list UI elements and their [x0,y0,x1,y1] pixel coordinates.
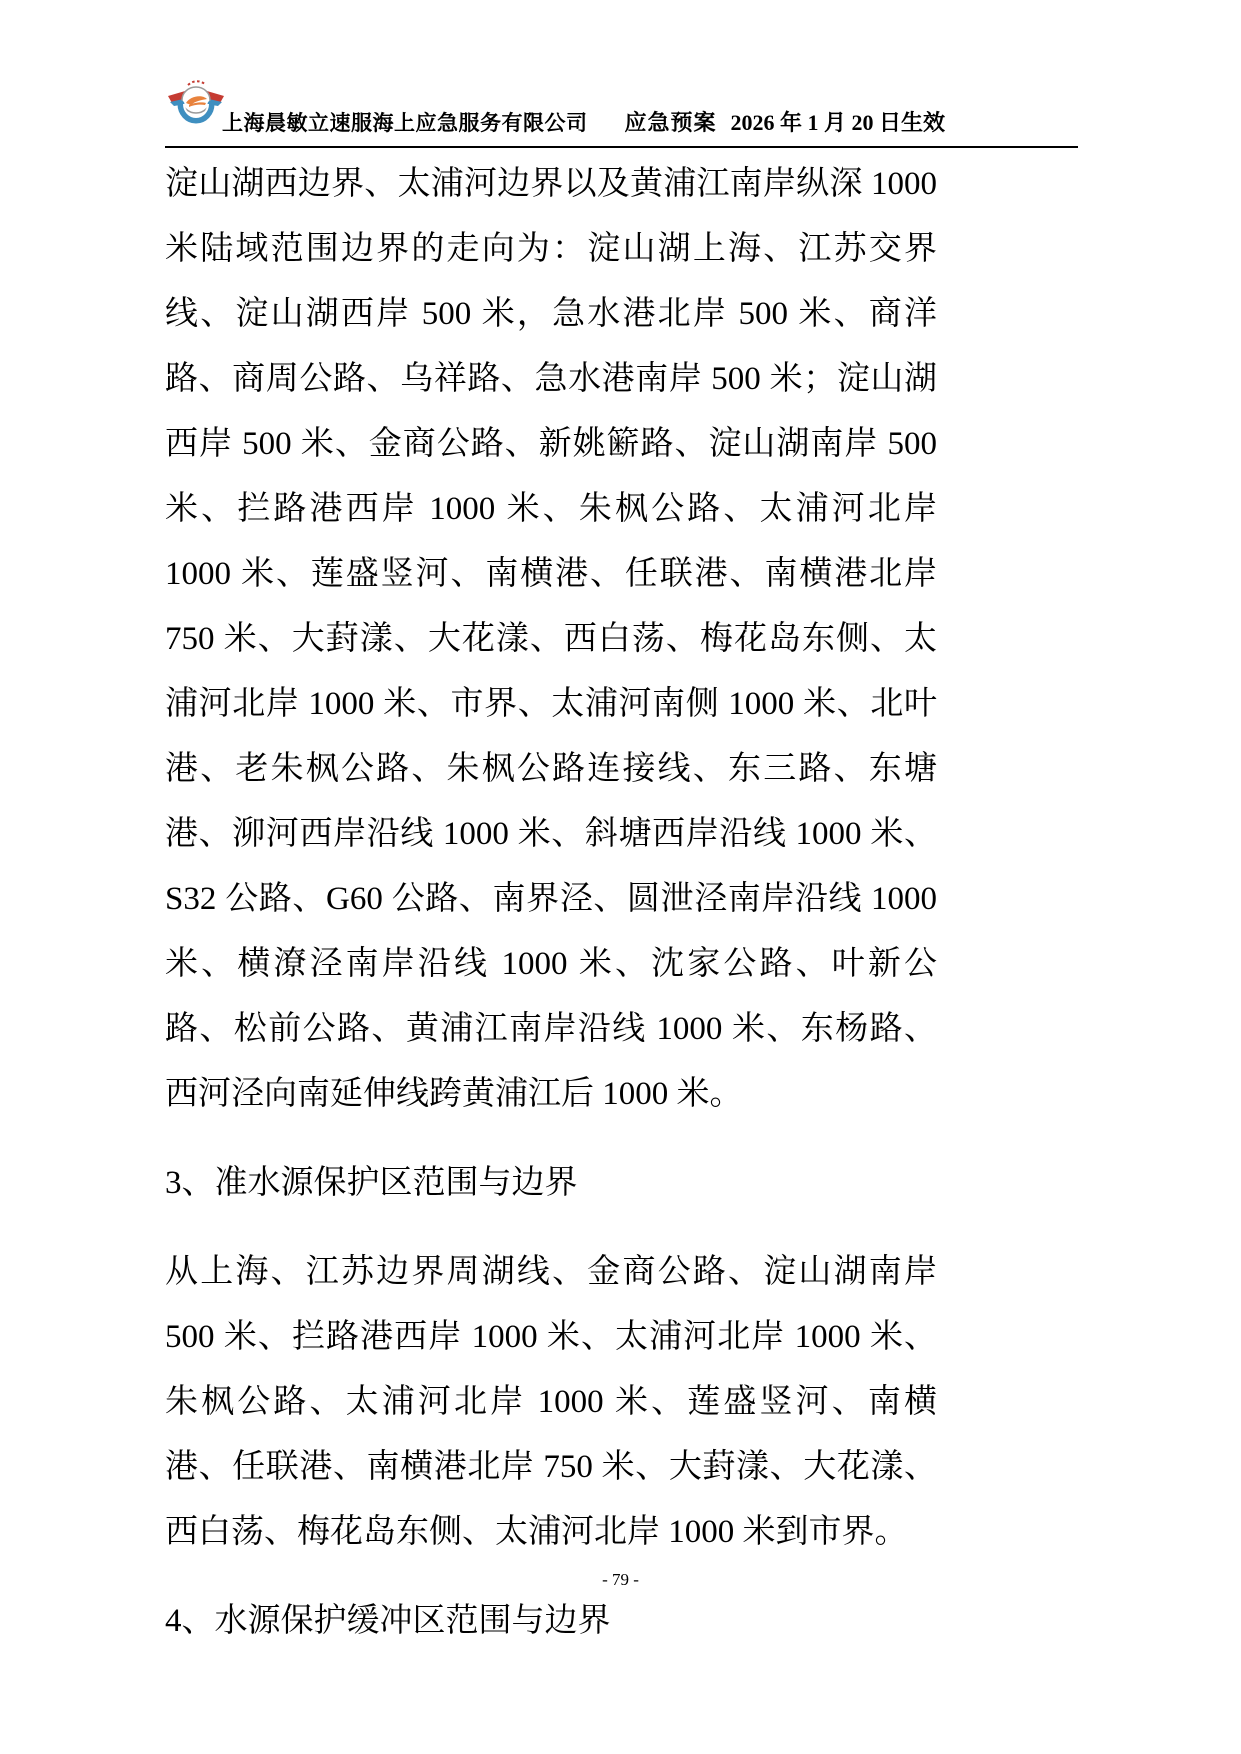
page-number: - 79 - [602,1570,639,1589]
document-page: 上海晨敏立速服海上应急服务有限公司应急预案2026 年 1 月 20 日生效 淀… [0,0,1241,1754]
paragraph-quasi-protection-zone: 从上海、江苏边界周湖线、金商公路、淀山湖南岸 500 米、拦路港西岸 1000 … [165,1240,937,1565]
company-logo-icon [165,74,227,138]
page-footer: - 79 - [0,1570,1241,1590]
paragraph-secondary-protection-boundary: 淀山湖西边界、太浦河边界以及黄浦江南岸纵深 1000 米陆域范围边界的走向为：淀… [165,152,937,1127]
header-text: 上海晨敏立速服海上应急服务有限公司应急预案2026 年 1 月 20 日生效 [222,106,945,137]
doc-type-label: 应急预案 [625,110,717,135]
document-body: 淀山湖西边界、太浦河边界以及黄浦江南岸纵深 1000 米陆域范围边界的走向为：淀… [165,152,937,1678]
effective-date: 2026 年 1 月 20 日生效 [731,110,946,135]
heading-section-4: 4、水源保护缓冲区范围与边界 [165,1589,937,1654]
company-name: 上海晨敏立速服海上应急服务有限公司 [222,111,588,135]
page-header: 上海晨敏立速服海上应急服务有限公司应急预案2026 年 1 月 20 日生效 [165,72,1078,148]
heading-section-3: 3、准水源保护区范围与边界 [165,1151,937,1216]
